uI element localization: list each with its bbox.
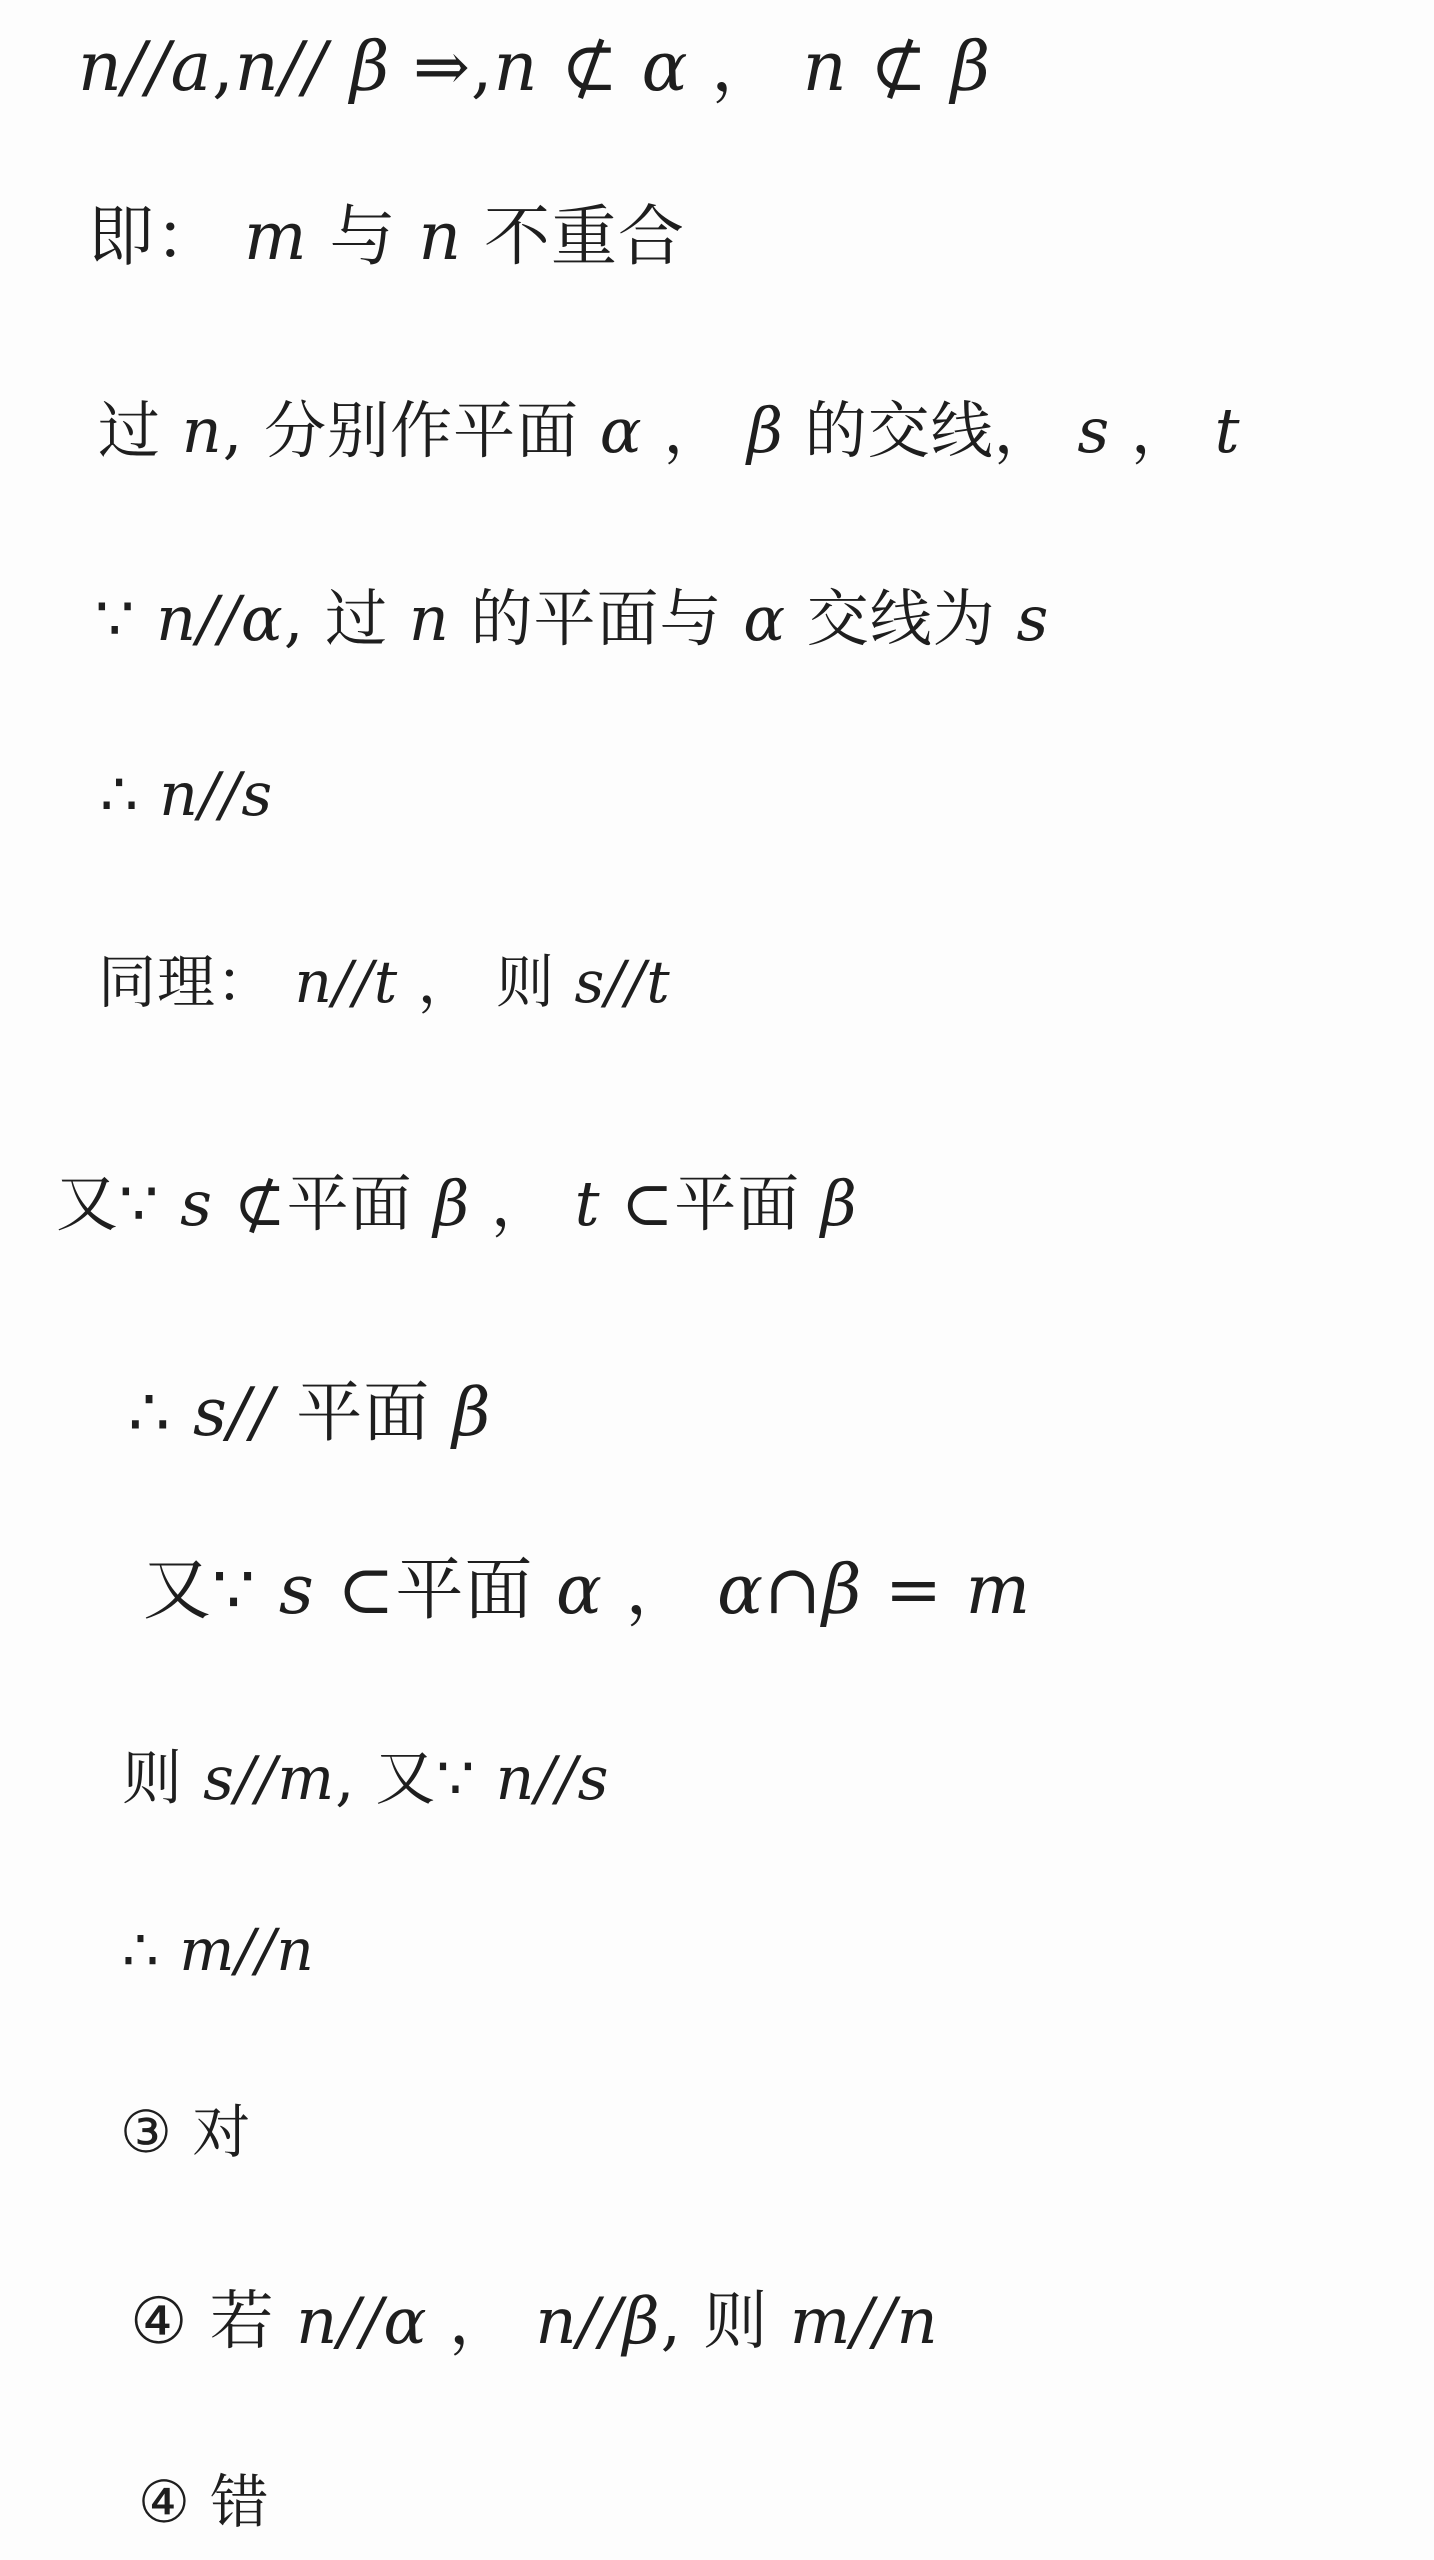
proof-line-similarly: 同理： n//t ， 则 s//t bbox=[98, 946, 671, 1019]
proof-line-intersection-m: 又∵ s ⊂平面 α ， α∩β = m bbox=[143, 1548, 1031, 1633]
proof-line-m-parallel-n: ∴ m//n bbox=[122, 1914, 315, 1987]
proof-line-construct: 过 n, 分别作平面 α ， β 的交线， s ， t bbox=[98, 392, 1241, 470]
statement-item-4: ④ 若 n//α ， n//β, 则 m//n bbox=[130, 2282, 939, 2362]
proof-line-premise: n//a,n// β ⇒,n ⊄ α ， n ⊄ β bbox=[78, 25, 991, 110]
proof-line-s-not-in-beta: 又∵ s ⊄平面 β ， t ⊂平面 β bbox=[56, 1165, 858, 1243]
proof-line-not-coincide: 即： m 与 n 不重合 bbox=[88, 196, 685, 279]
conclusion-item-3-correct: ③ 对 bbox=[120, 2096, 251, 2169]
proof-line-because-alpha: ∵ n//α, 过 n 的平面与 α 交线为 s bbox=[95, 580, 1049, 658]
proof-line-s-parallel-beta: ∴ s// 平面 β bbox=[128, 1372, 491, 1455]
proof-line-n-parallel-s: ∴ n//s bbox=[100, 758, 273, 833]
math-proof-page: n//a,n// β ⇒,n ⊄ α ， n ⊄ β 即： m 与 n 不重合 … bbox=[0, 0, 1434, 2560]
proof-line-s-parallel-m: 则 s//m, 又∵ n//s bbox=[122, 1742, 609, 1817]
conclusion-item-4-wrong: ④ 错 bbox=[138, 2466, 269, 2539]
